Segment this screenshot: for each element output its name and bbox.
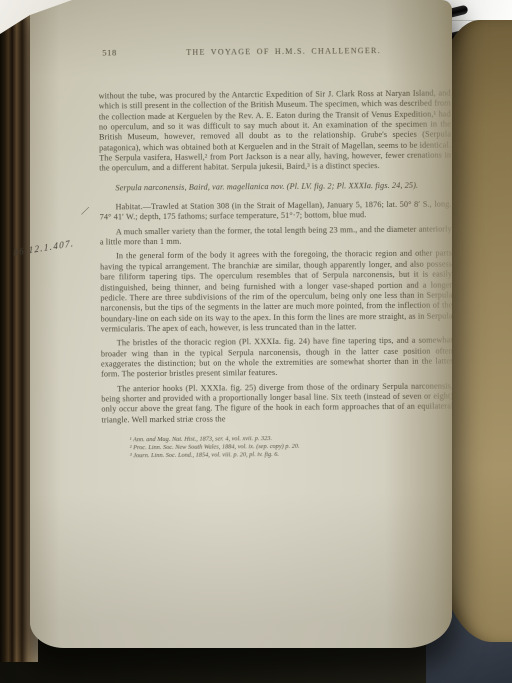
page-number: 518	[102, 47, 117, 57]
printed-text-block: 518 THE VOYAGE OF H.M.S. CHALLENGER. wit…	[98, 44, 454, 460]
paragraph-bristles: The bristles of the thoracic region (Pl.…	[101, 336, 453, 380]
footnote: ³ Journ. Linn. Soc. Lond., 1854, vol. vi…	[130, 450, 402, 460]
species-heading: Serpula narconensis, Baird, var. magella…	[99, 180, 451, 193]
page-header: 518 THE VOYAGE OF H.M.S. CHALLENGER.	[98, 44, 450, 57]
paragraph-size: A much smaller variety than the former, …	[100, 224, 452, 248]
paragraph-habitat: Habitat.—Trawled at Station 308 (in the …	[100, 200, 452, 224]
book-page-photo: 518 THE VOYAGE OF H.M.S. CHALLENGER. wit…	[0, 0, 512, 683]
running-title: THE VOYAGE OF H.M.S. CHALLENGER.	[117, 45, 450, 57]
paragraph-hooks: The anterior hooks (Pl. XXXIa. fig. 25) …	[101, 381, 453, 425]
paragraph-form: In the general form of the body it agree…	[100, 249, 453, 335]
book-page: 518 THE VOYAGE OF H.M.S. CHALLENGER. wit…	[30, 0, 452, 648]
footnotes: ¹ Ann. and Mag. Nat. Hist., 1873, ser. 4…	[102, 434, 402, 461]
paragraph-intro: without the tube, was procured by the An…	[99, 88, 452, 174]
